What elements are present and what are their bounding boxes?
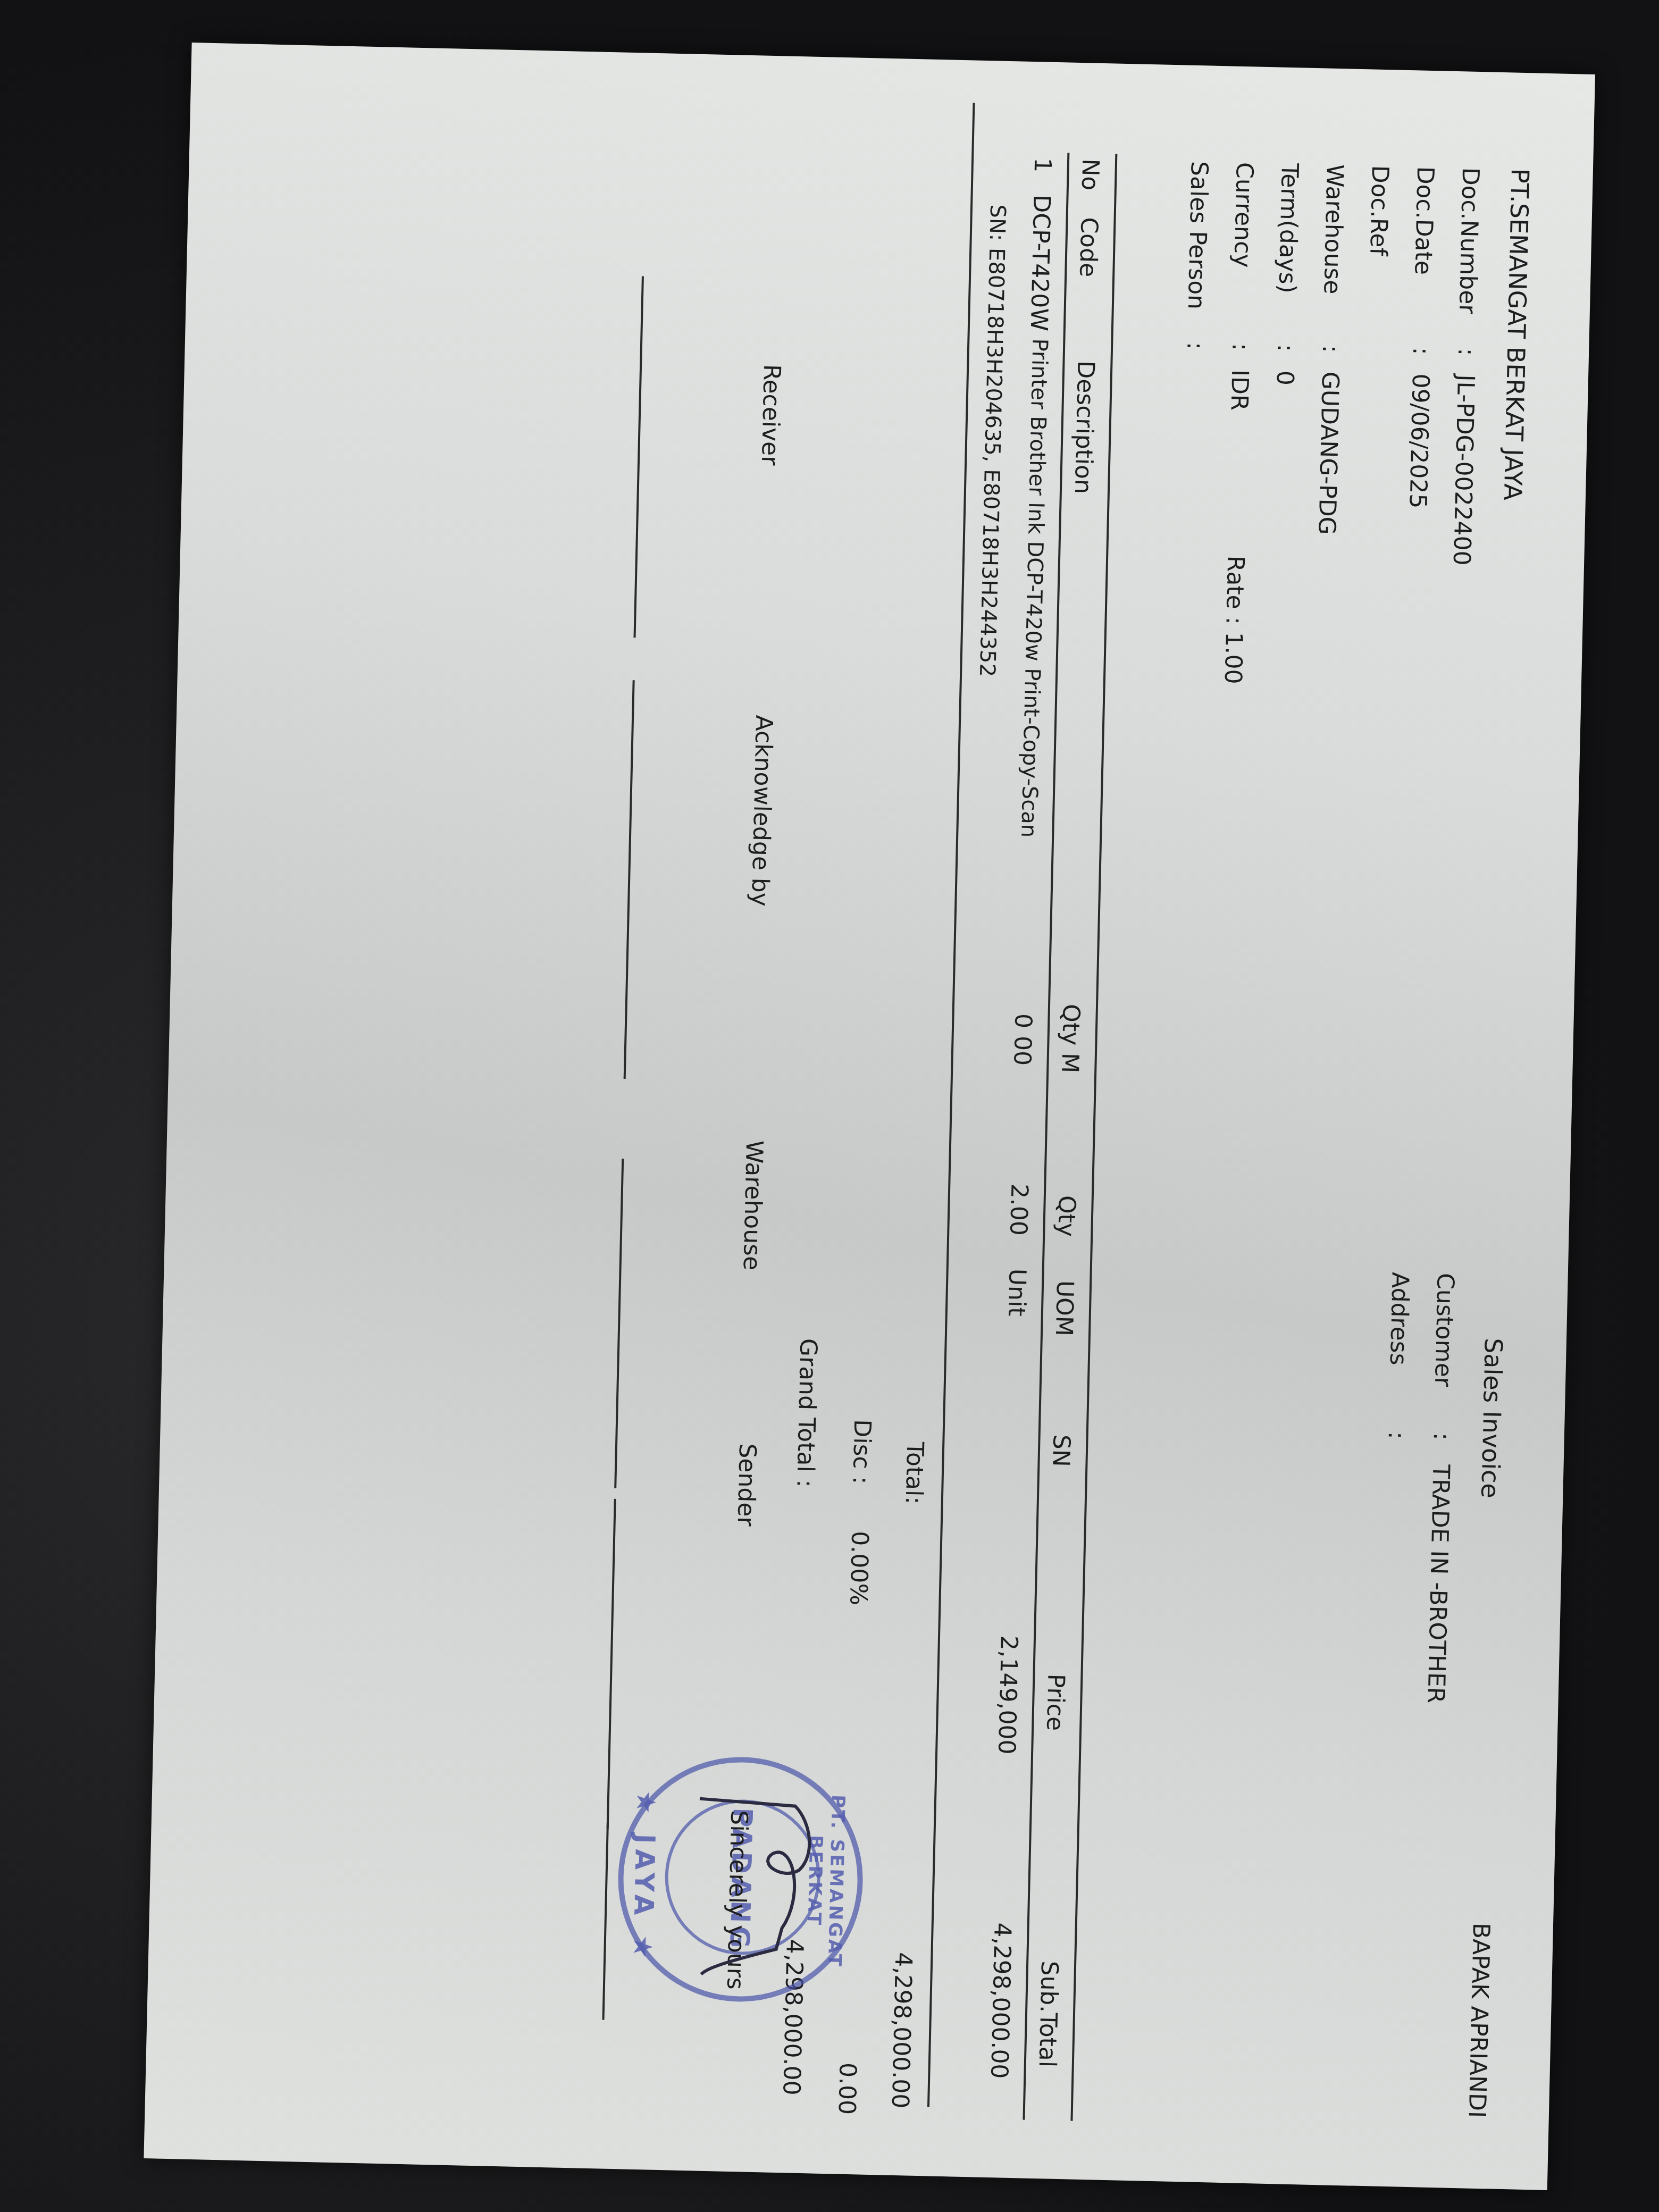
row-qty-m: 0 00: [1008, 1013, 1036, 1066]
customer-value: TRADE IN -BROTHER: [1422, 1464, 1454, 1704]
row-price: 2,149,000: [993, 1635, 1023, 1755]
row-no: 1: [1029, 157, 1057, 173]
stamp-bottom-text: ★ JAYA ★: [626, 1760, 663, 1995]
doc-ref-label: Doc.Ref: [1364, 165, 1394, 256]
acknowledge-sign-line: [624, 680, 635, 1079]
disc-percent: 0.00%: [844, 1531, 873, 1606]
warehouse-value: GUDANG-PDG: [1313, 371, 1344, 535]
warehouse-label: Warehouse: [1318, 164, 1348, 295]
row-qty: 2.00: [1004, 1183, 1033, 1236]
doc-date-label: Doc.Date: [1409, 166, 1439, 275]
customer-name: BAPAK APRIANDI: [1463, 1922, 1495, 2118]
colon: :: [1272, 343, 1299, 352]
invoice-paper: PT.SEMANGAT BERKAT JAYA Sales Invoice BA…: [144, 43, 1595, 2190]
company-name: PT.SEMANGAT BERKAT JAYA: [1498, 168, 1535, 500]
table-bottom-rule: [927, 103, 975, 2107]
row-uom: Unit: [1003, 1268, 1031, 1317]
row-description: Printer Brother Ink DCP-T420w Print-Copy…: [1016, 338, 1052, 838]
rate-value: Rate : 1.00: [1219, 555, 1249, 684]
col-uom: UOM: [1050, 1280, 1078, 1336]
row-subtotal: 4,298,000.00: [985, 1922, 1016, 2079]
term-value: 0: [1271, 370, 1299, 386]
colon: :: [1453, 348, 1480, 356]
address-label: Address: [1385, 1272, 1414, 1365]
document-title: Sales Invoice: [1476, 1338, 1508, 1499]
colon: :: [1407, 347, 1435, 355]
doc-number-label: Doc.Number: [1454, 167, 1484, 314]
colon: :: [1428, 1432, 1455, 1441]
col-no: No: [1076, 158, 1104, 191]
sales-person-label: Sales Person: [1183, 161, 1213, 310]
disc-label: Disc :: [847, 1419, 876, 1485]
warehouse-sig-label: Warehouse: [738, 1140, 768, 1271]
col-code: Code: [1074, 217, 1103, 278]
sender-sign-line: [607, 1499, 616, 1829]
total-label: Total:: [900, 1442, 929, 1505]
sincerely-sign-line: [602, 1818, 609, 2020]
doc-date-value: 09/06/2025: [1404, 373, 1434, 509]
colon: :: [1317, 345, 1344, 353]
colon: :: [1227, 342, 1254, 351]
warehouse-sign-line: [614, 1159, 624, 1488]
col-subtotal: Sub.Total: [1034, 1960, 1063, 2068]
sender-label: Sender: [732, 1443, 761, 1527]
receiver-sign-line: [634, 276, 644, 638]
disc-value: 0.00: [833, 2062, 861, 2115]
col-price: Price: [1041, 1673, 1069, 1731]
colon: :: [1383, 1431, 1410, 1440]
row-code: DCP-T420W: [1025, 195, 1055, 331]
signature-icon: [685, 1788, 817, 1992]
acknowledge-label: Acknowledge by: [746, 715, 777, 907]
customer-label: Customer: [1429, 1273, 1459, 1387]
term-label: Term(days): [1273, 163, 1304, 294]
currency-value: IDR: [1225, 369, 1253, 411]
colon: :: [1182, 341, 1209, 350]
col-description: Description: [1069, 361, 1100, 495]
currency-label: Currency: [1229, 162, 1258, 268]
total-value: 4,298,000.00: [886, 1952, 917, 2109]
row-serials: SN: E80718H3H204635, E80718H3H244352: [975, 204, 1010, 677]
receiver-label: Receiver: [756, 364, 785, 465]
col-sn: SN: [1047, 1434, 1075, 1467]
doc-number-value: JL-PDG-0022400: [1448, 374, 1479, 566]
grand-total-label: Grand Total :: [791, 1338, 822, 1488]
col-qty: Qty: [1052, 1195, 1080, 1237]
col-qty-m: Qty M: [1056, 1004, 1085, 1074]
